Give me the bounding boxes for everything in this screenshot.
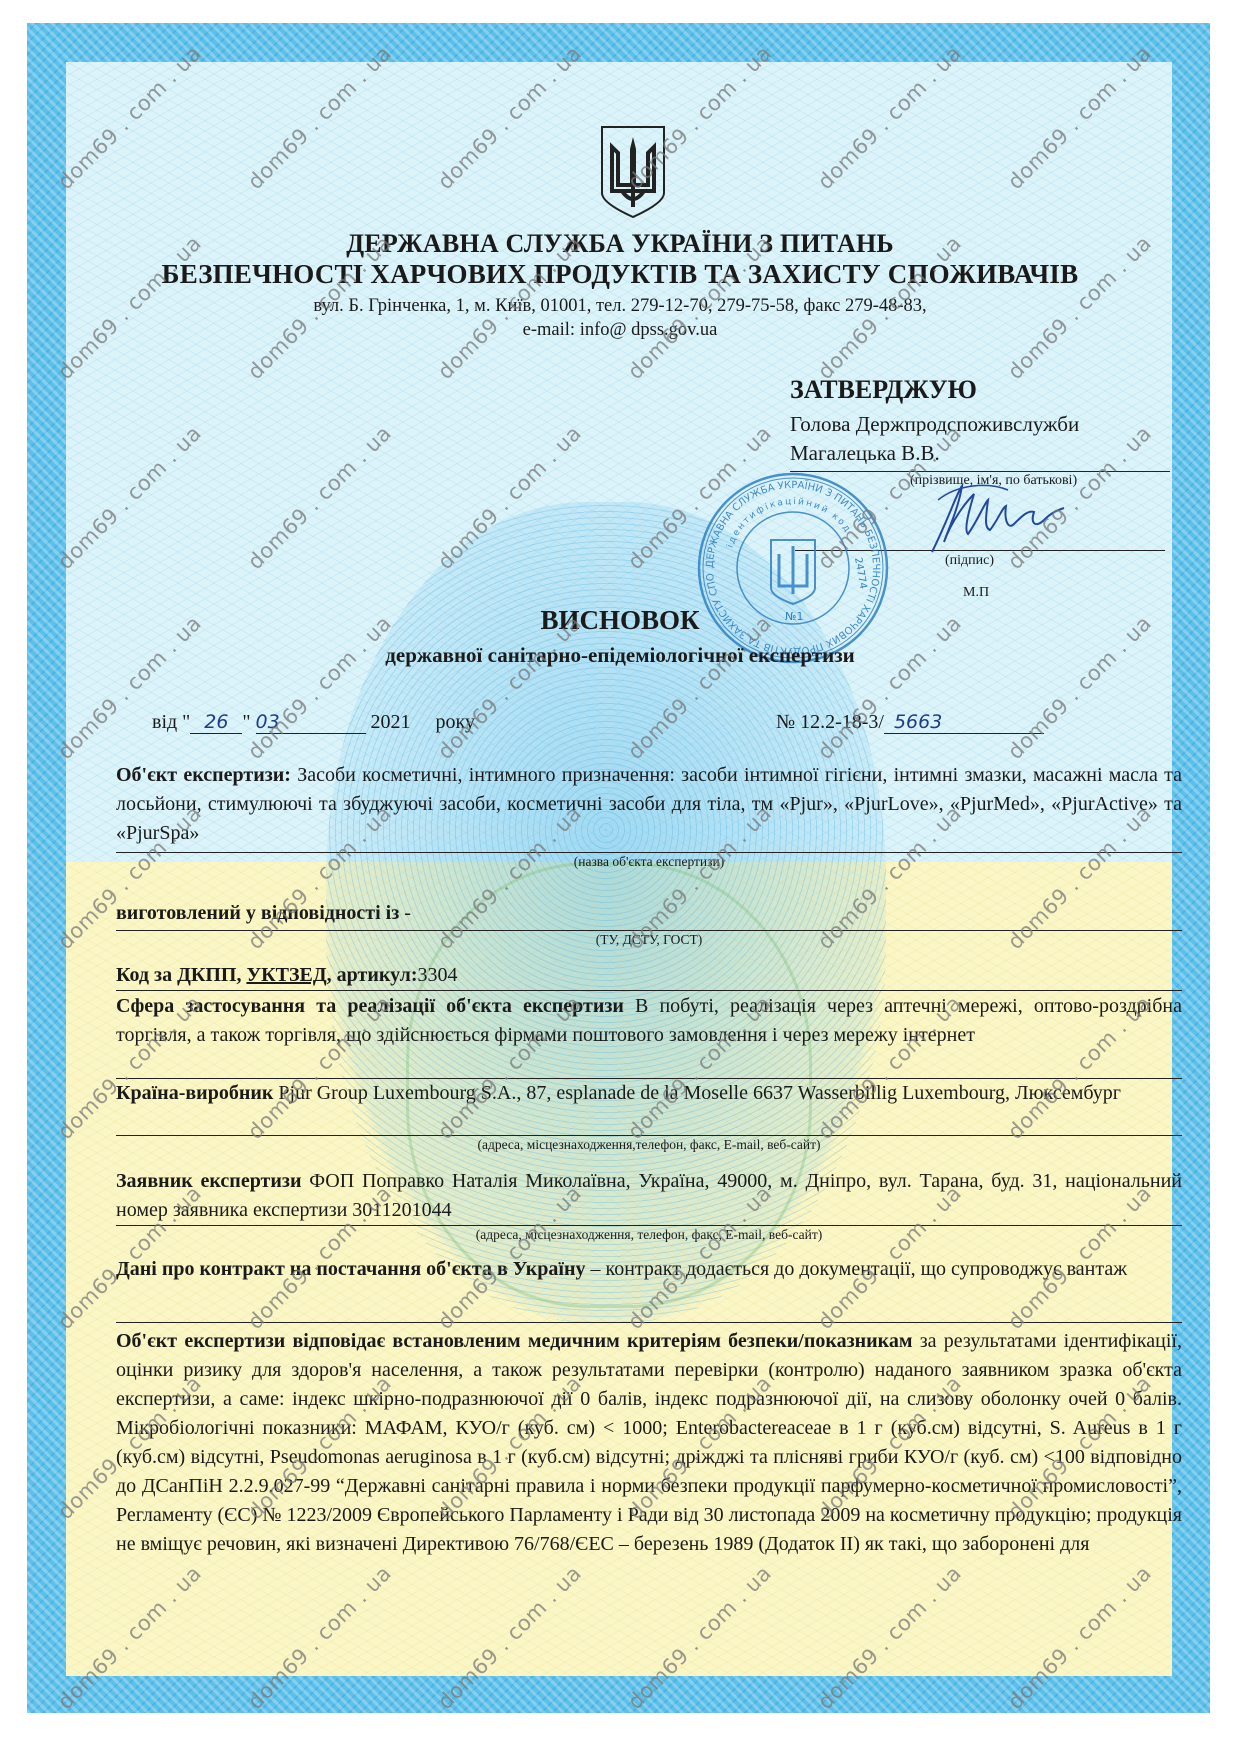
code-label-post: , артикул: bbox=[327, 964, 418, 986]
watermark-text: dom69 . com . ua bbox=[53, 421, 206, 574]
watermark-text: dom69 . com . ua bbox=[813, 1561, 966, 1714]
approval-heading: ЗАТВЕРДЖУЮ bbox=[790, 375, 977, 405]
section-contract: Дані про контракт на постачання об'єкта … bbox=[116, 1255, 1182, 1284]
watermark-text: dom69 . com . ua bbox=[623, 41, 776, 194]
object-underline bbox=[116, 852, 1182, 853]
document-content: ДЕРЖАВНА СЛУЖБА УКРАЇНИ З ПИТАНЬ БЕЗПЕЧН… bbox=[0, 0, 1240, 1754]
seal-caption: М.П bbox=[963, 585, 989, 601]
code-label-uktzed: УКТЗЕД bbox=[246, 964, 326, 986]
object-caption: (назва об'єкта експертизи) bbox=[116, 854, 1182, 870]
section-code: Код за ДКПП, УКТЗЕД, артикул:3304 bbox=[116, 961, 1182, 990]
applicant-underline bbox=[116, 1225, 1182, 1226]
watermark-text: dom69 . com . ua bbox=[813, 41, 966, 194]
watermark-text: dom69 . com . ua bbox=[433, 421, 586, 574]
section-applicant: Заявник експертизи ФОП Поправко Наталія … bbox=[116, 1167, 1182, 1225]
watermark-text: dom69 . com . ua bbox=[243, 41, 396, 194]
standard-value: - bbox=[399, 902, 411, 924]
watermark-text: dom69 . com . ua bbox=[243, 421, 396, 574]
watermark-text: dom69 . com . ua bbox=[53, 1561, 206, 1714]
watermark-text: dom69 . com . ua bbox=[53, 41, 206, 194]
date-mid: " bbox=[242, 711, 250, 733]
applicant-caption: (адреса, місцезнаходження, телефон, факс… bbox=[116, 1227, 1182, 1243]
conclusion-label: Об'єкт експертизи відповідає встановлени… bbox=[116, 1330, 913, 1352]
watermark-text: dom69 . com . ua bbox=[433, 41, 586, 194]
official-seal-stamp: ДЕРЖАВНА СЛУЖБА УКРАЇНИ З ПИТАНЬ БЕЗПЕЧН… bbox=[695, 470, 891, 666]
date-year: 2021 bbox=[371, 711, 411, 733]
section-scope: Сфера застосування та реалізації об'єкта… bbox=[116, 992, 1182, 1050]
code-value: 3304 bbox=[418, 964, 458, 986]
applicant-label: Заявник експертизи bbox=[116, 1170, 301, 1192]
watermark-text: dom69 . com . ua bbox=[1003, 1561, 1156, 1714]
section-conclusion: Об'єкт експертизи відповідає встановлени… bbox=[116, 1327, 1182, 1559]
watermark-text: dom69 . com . ua bbox=[623, 1561, 776, 1714]
watermark-text: dom69 . com . ua bbox=[1003, 41, 1156, 194]
code-underline bbox=[116, 990, 1182, 991]
watermark-text: dom69 . com . ua bbox=[433, 1561, 586, 1714]
agency-address: вул. Б. Грінченка, 1, м. Київ, 01001, те… bbox=[0, 296, 1240, 317]
watermark-text: dom69 . com . ua bbox=[243, 1561, 396, 1714]
manufacturer-label: Країна-виробник bbox=[116, 1082, 273, 1104]
code-label-pre: Код за ДКПП, bbox=[116, 964, 246, 986]
date-prefix: від " bbox=[152, 711, 190, 733]
section-object: Об'єкт експертизи: Засоби косметичні, ін… bbox=[116, 761, 1182, 848]
approver-role: Голова Держпродспоживслужби bbox=[790, 412, 1079, 437]
document-date: від "26" 03 2021 року bbox=[152, 711, 475, 734]
stamp-code: 24774 bbox=[852, 557, 868, 590]
date-day: 26 bbox=[190, 711, 242, 734]
object-label: Об'єкт експертизи: bbox=[116, 764, 291, 786]
document-number: № 12.2-18-3/5663 bbox=[776, 711, 1044, 734]
